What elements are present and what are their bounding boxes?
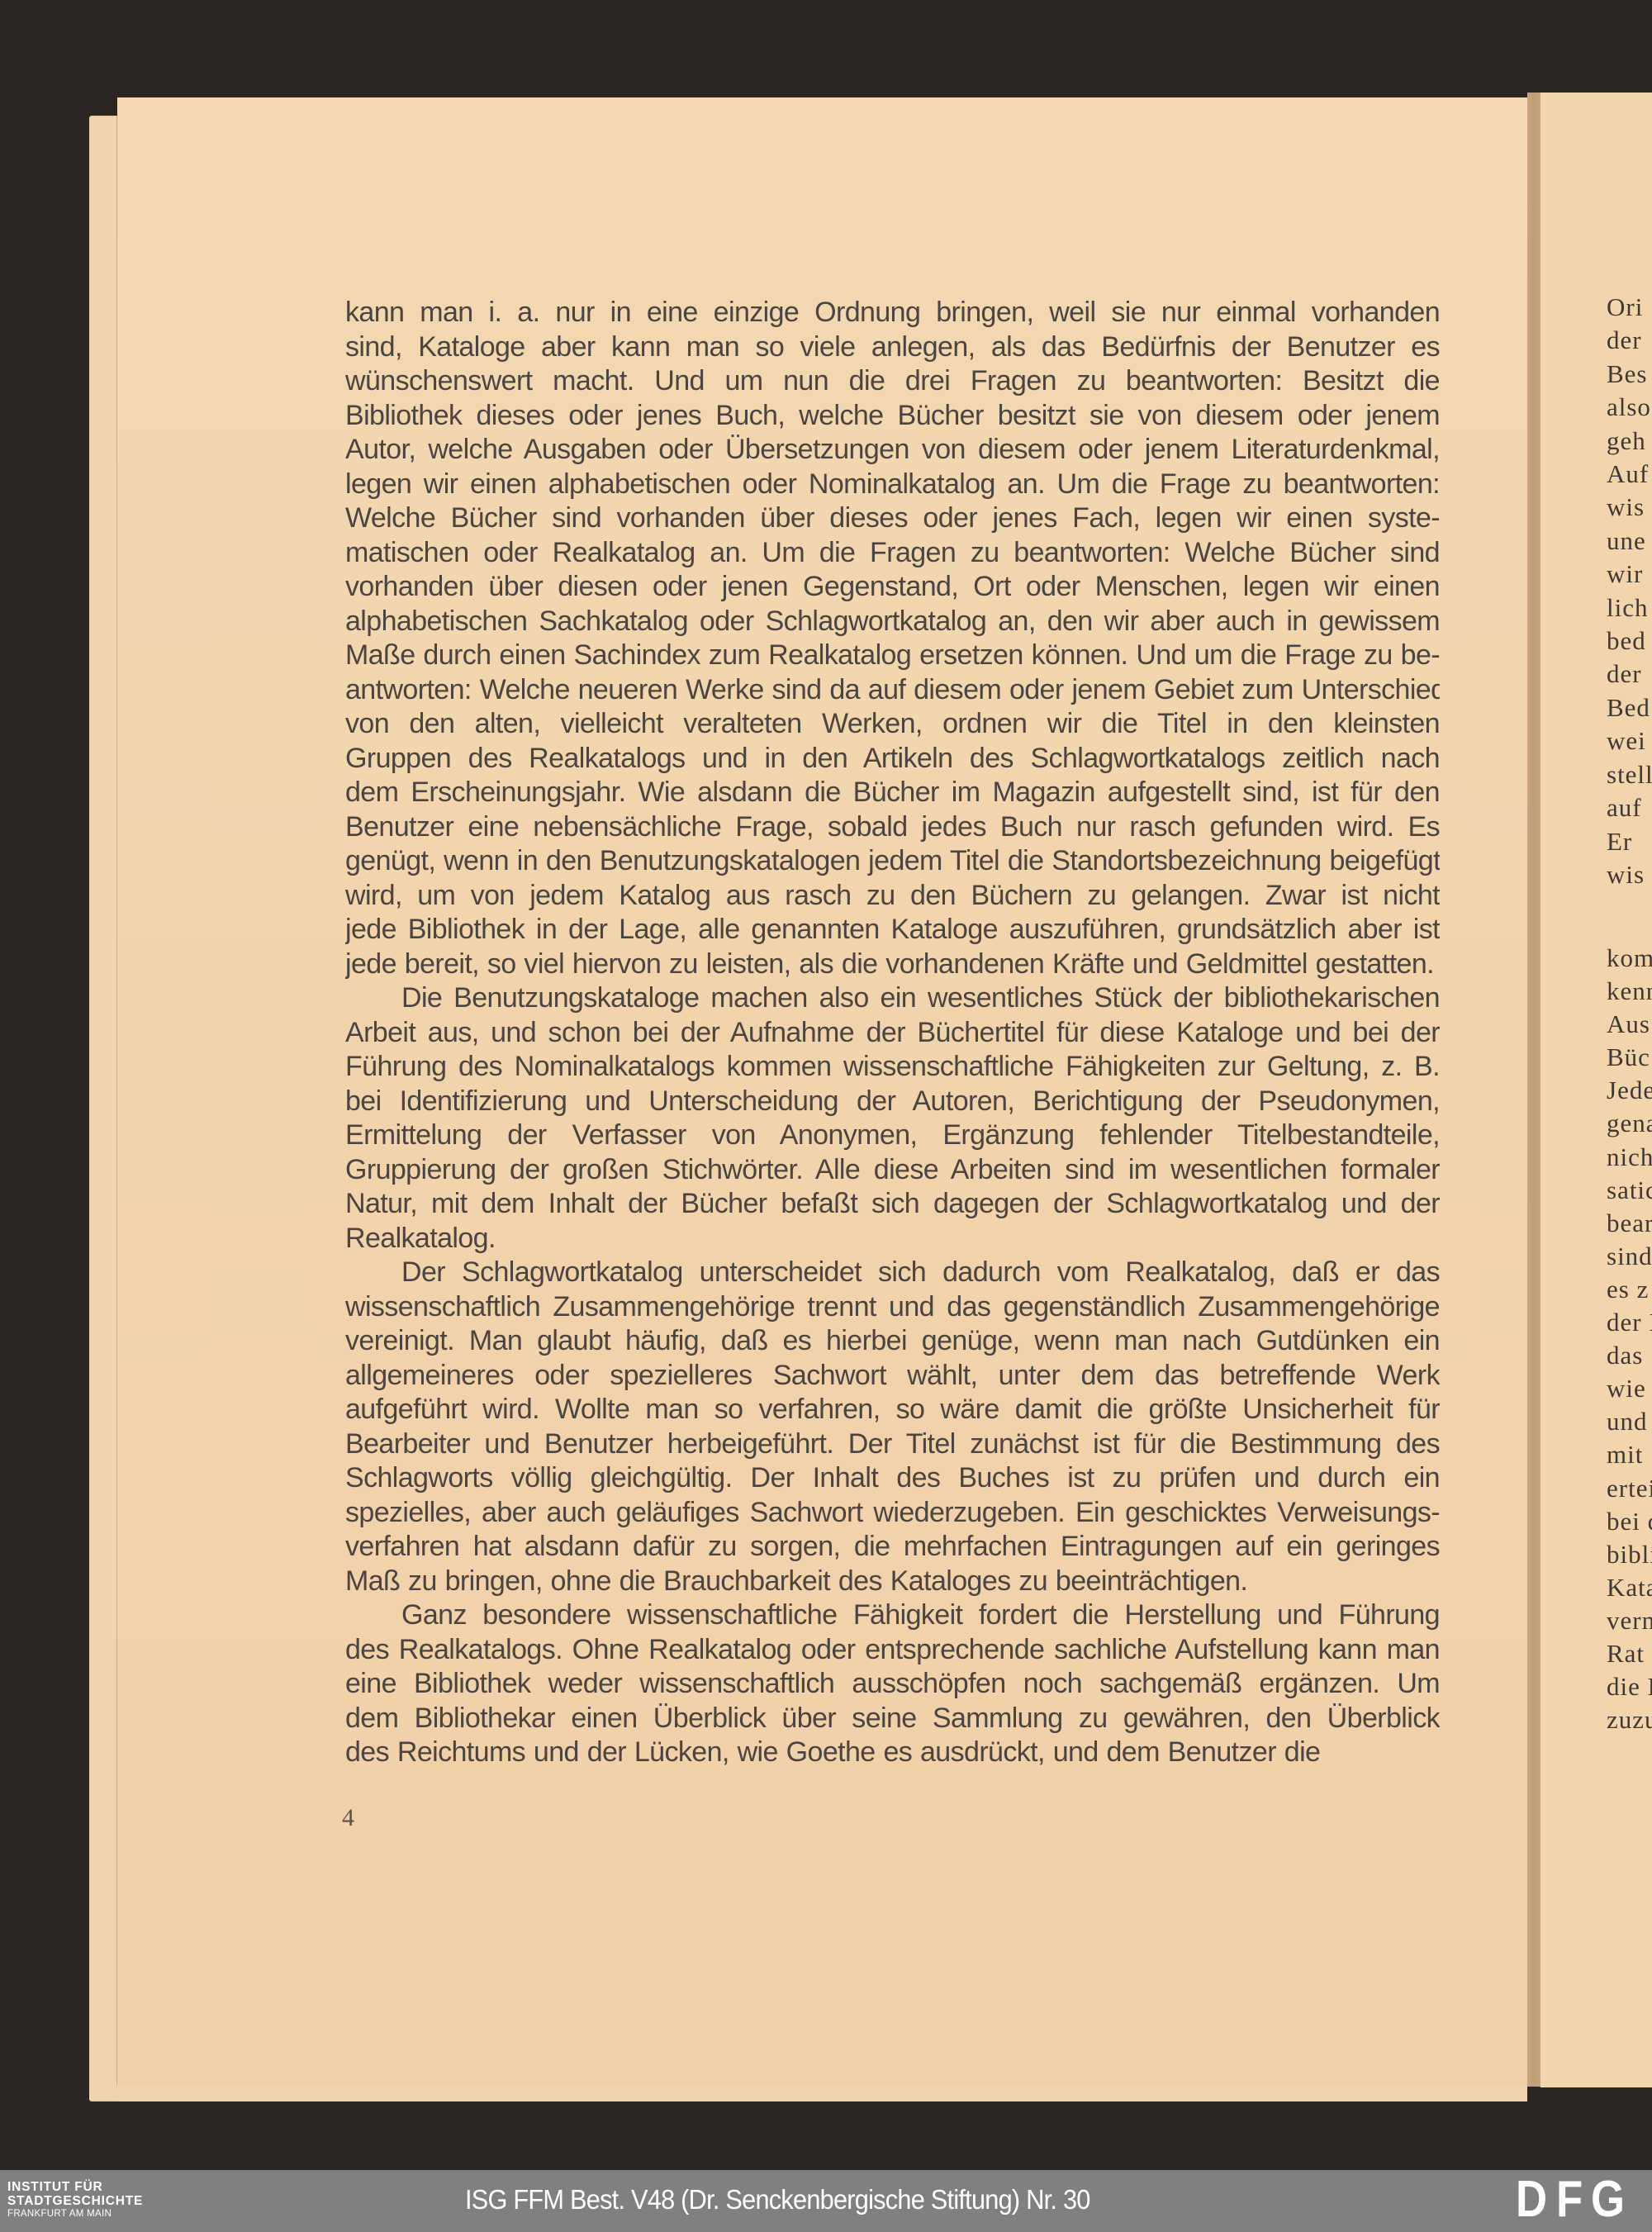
text-line: jede bereit, so viel hiervon zu leisten,…	[345, 947, 1440, 982]
text-line: sind, Kataloge aber kann man so viele an…	[345, 330, 1440, 365]
facing-page-line-fragment: nich	[1607, 1141, 1652, 1174]
facing-page-line-fragment: Kata	[1607, 1571, 1652, 1604]
text-line: Natur, mit dem Inhalt der Bücher befaßt …	[345, 1187, 1440, 1222]
logo-line-3: FRANKFURT AM MAIN	[7, 2208, 143, 2220]
facing-page-line-fragment: kenn	[1607, 975, 1652, 1008]
facing-page-line-fragment: zuzu	[1607, 1703, 1652, 1736]
facing-page-line-fragment: sind	[1607, 1240, 1652, 1273]
paragraph: Der Schlagwortkatalog unterscheidet sich…	[345, 1256, 1440, 1598]
text-line: matischen oder Realkatalog an. Um die Fr…	[345, 536, 1440, 571]
logo-line-2: STADTGESCHICHTE	[7, 2194, 143, 2208]
facing-page-line-fragment: lich	[1607, 591, 1652, 624]
text-line: verfahren hat alsdann dafür zu sorgen, d…	[345, 1530, 1440, 1565]
facing-page-line-fragment: mit	[1607, 1438, 1652, 1471]
dfg-logo[interactable]: D F G	[1516, 2178, 1638, 2221]
facing-page-text-block-2: komkennAusBücJedegenanichsaticbearsindes…	[1607, 942, 1652, 1736]
page-body-text: kann man i. a. nur in eine einzige Ordnu…	[345, 296, 1440, 1770]
text-line: allgemeineres oder spezielleres Sachwort…	[345, 1359, 1440, 1394]
facing-page-line-fragment: Rat	[1607, 1637, 1652, 1670]
facing-page-line-fragment: bed	[1607, 624, 1652, 658]
text-line: von den alten, vielleicht veralteten Wer…	[345, 707, 1440, 742]
isg-logo[interactable]: INSTITUT FÜR STADTGESCHICHTE FRANKFURT A…	[7, 2180, 143, 2220]
archive-signature-title: ISG FFM Best. V48 (Dr. Senckenbergische …	[465, 2184, 1090, 2215]
facing-page-line-fragment: gena	[1607, 1107, 1652, 1140]
facing-page-line-fragment: Auf	[1607, 458, 1652, 491]
facing-page-line-fragment: verm	[1607, 1604, 1652, 1637]
facing-page-line-fragment: wis	[1607, 858, 1652, 891]
facing-page-line-fragment: der	[1607, 324, 1652, 357]
facing-page-line-fragment: stell	[1607, 758, 1652, 791]
text-line: Arbeit aus, und schon bei der Aufnahme d…	[345, 1016, 1440, 1051]
text-line: des Realkatalogs. Ohne Realkatalog oder …	[345, 1633, 1440, 1668]
text-line: Bearbeiter und Benutzer herbeigeführt. D…	[345, 1427, 1440, 1462]
text-line: alphabetischen Sachkatalog oder Schlagwo…	[345, 605, 1440, 639]
facing-page-line-fragment: Bes	[1607, 358, 1652, 391]
text-line: Gruppierung der großen Stichwörter. Alle…	[345, 1153, 1440, 1188]
text-line: Autor, welche Ausgaben oder Übersetzunge…	[345, 433, 1440, 468]
facing-page-line-fragment: wis	[1607, 491, 1652, 524]
facing-page-line-fragment: Büc	[1607, 1041, 1652, 1074]
dfg-letter-d: D	[1516, 2178, 1545, 2221]
text-line: Ganz besondere wissenschaftliche Fähigke…	[345, 1598, 1440, 1633]
facing-page-line-fragment: ertei	[1607, 1472, 1652, 1505]
facing-page-line-fragment: die E	[1607, 1670, 1652, 1703]
facing-page-line-fragment: wir	[1607, 558, 1652, 591]
archive-footer-bar: INSTITUT FÜR STADTGESCHICHTE FRANKFURT A…	[0, 2170, 1652, 2232]
facing-page-text-block-1: OriderBesalsogehAufwisunewirlichbedderBe…	[1607, 291, 1652, 891]
logo-line-1: INSTITUT FÜR	[7, 2180, 143, 2194]
facing-page-line-fragment: bei c	[1607, 1505, 1652, 1538]
facing-page-line-fragment: auf	[1607, 791, 1652, 824]
facing-page-line-fragment: wei	[1607, 724, 1652, 757]
text-line: bei Identifizierung und Unterscheidung d…	[345, 1085, 1440, 1119]
paragraph: kann man i. a. nur in eine einzige Ordnu…	[345, 296, 1440, 981]
text-line: eine Bibliothek weder wissenschaftlich a…	[345, 1667, 1440, 1702]
facing-page-line-fragment: kom	[1607, 942, 1652, 975]
facing-page-line-fragment: und	[1607, 1405, 1652, 1438]
text-line: dem Erscheinungsjahr. Wie alsdann die Bü…	[345, 776, 1440, 810]
facing-page-line-fragment: Jede	[1607, 1074, 1652, 1107]
facing-page-line-fragment: also	[1607, 391, 1652, 424]
binding-spine	[1527, 93, 1540, 2087]
facing-page-line-fragment: Ori	[1607, 291, 1652, 324]
text-line: Bibliothek dieses oder jenes Buch, welch…	[345, 399, 1440, 434]
text-line: Der Schlagwortkatalog unterscheidet sich…	[345, 1256, 1440, 1290]
facing-page-line-fragment: das	[1607, 1339, 1652, 1372]
dfg-letter-g: G	[1591, 2178, 1623, 2221]
text-line: Gruppen des Realkatalogs und in den Arti…	[345, 742, 1440, 776]
text-line: wünschenswert macht. Und um nun die drei…	[345, 364, 1440, 399]
text-line: wissenschaftlich Zusammengehörige trennt…	[345, 1290, 1440, 1325]
facing-page-line-fragment: wie	[1607, 1372, 1652, 1405]
text-line: Die Benutzungskataloge machen also ein w…	[345, 981, 1440, 1016]
text-line: Maß zu bringen, ohne die Brauchbarkeit d…	[345, 1565, 1440, 1599]
facing-page-line-fragment: satic	[1607, 1174, 1652, 1207]
text-line: kann man i. a. nur in eine einzige Ordnu…	[345, 296, 1440, 330]
text-line: Benutzer eine nebensächliche Frage, soba…	[345, 810, 1440, 845]
facing-page-line-fragment: bear	[1607, 1207, 1652, 1240]
paragraph: Die Benutzungskataloge machen also ein w…	[345, 981, 1440, 1256]
text-line: wird, um von jedem Katalog aus rasch zu …	[345, 879, 1440, 914]
facing-page-line-fragment: Er	[1607, 825, 1652, 858]
text-line: legen wir einen alphabetischen oder Nomi…	[345, 468, 1440, 502]
text-line: genügt, wenn in den Benutzungskatalogen …	[345, 844, 1440, 879]
page-number: 4	[342, 1804, 354, 1832]
paragraph: Ganz besondere wissenschaftliche Fähigke…	[345, 1598, 1440, 1770]
text-line: Welche Bücher sind vorhanden über dieses…	[345, 501, 1440, 536]
text-line: Schlagworts völlig gleichgültig. Der Inh…	[345, 1461, 1440, 1496]
text-line: Führung des Nominalkatalogs kommen wisse…	[345, 1050, 1440, 1085]
text-line: Maße durch einen Sachindex zum Realkatal…	[345, 639, 1440, 673]
text-line: dem Bibliothekar einen Überblick über se…	[345, 1702, 1440, 1736]
text-line: aufgeführt wird. Wollte man so verfahren…	[345, 1393, 1440, 1427]
dfg-letter-f: F	[1556, 2178, 1581, 2221]
text-line: vereinigt. Man glaubt häufig, daß es hie…	[345, 1324, 1440, 1359]
facing-page-line-fragment: Bed	[1607, 691, 1652, 724]
facing-page-line-fragment: bibli	[1607, 1538, 1652, 1571]
text-line: Ermittelung der Verfasser von Anonymen, …	[345, 1118, 1440, 1153]
text-line: spezielles, aber auch geläufiges Sachwor…	[345, 1496, 1440, 1531]
facing-page-line-fragment: der	[1607, 658, 1652, 691]
facing-page-line-fragment: geh	[1607, 425, 1652, 458]
text-line: antworten: Welche neueren Werke sind da …	[345, 673, 1440, 708]
text-line: des Reichtums und der Lücken, wie Goethe…	[345, 1736, 1440, 1770]
text-line: jede Bibliothek in der Lage, alle genann…	[345, 913, 1440, 947]
text-line: vorhanden über diesen oder jenen Gegenst…	[345, 570, 1440, 605]
facing-page-line-fragment: une	[1607, 525, 1652, 558]
facing-page-line-fragment: es z	[1607, 1273, 1652, 1306]
facing-page-line-fragment: der I	[1607, 1306, 1652, 1339]
text-line: Realkatalog.	[345, 1222, 1440, 1256]
facing-page-line-fragment: Aus	[1607, 1008, 1652, 1041]
